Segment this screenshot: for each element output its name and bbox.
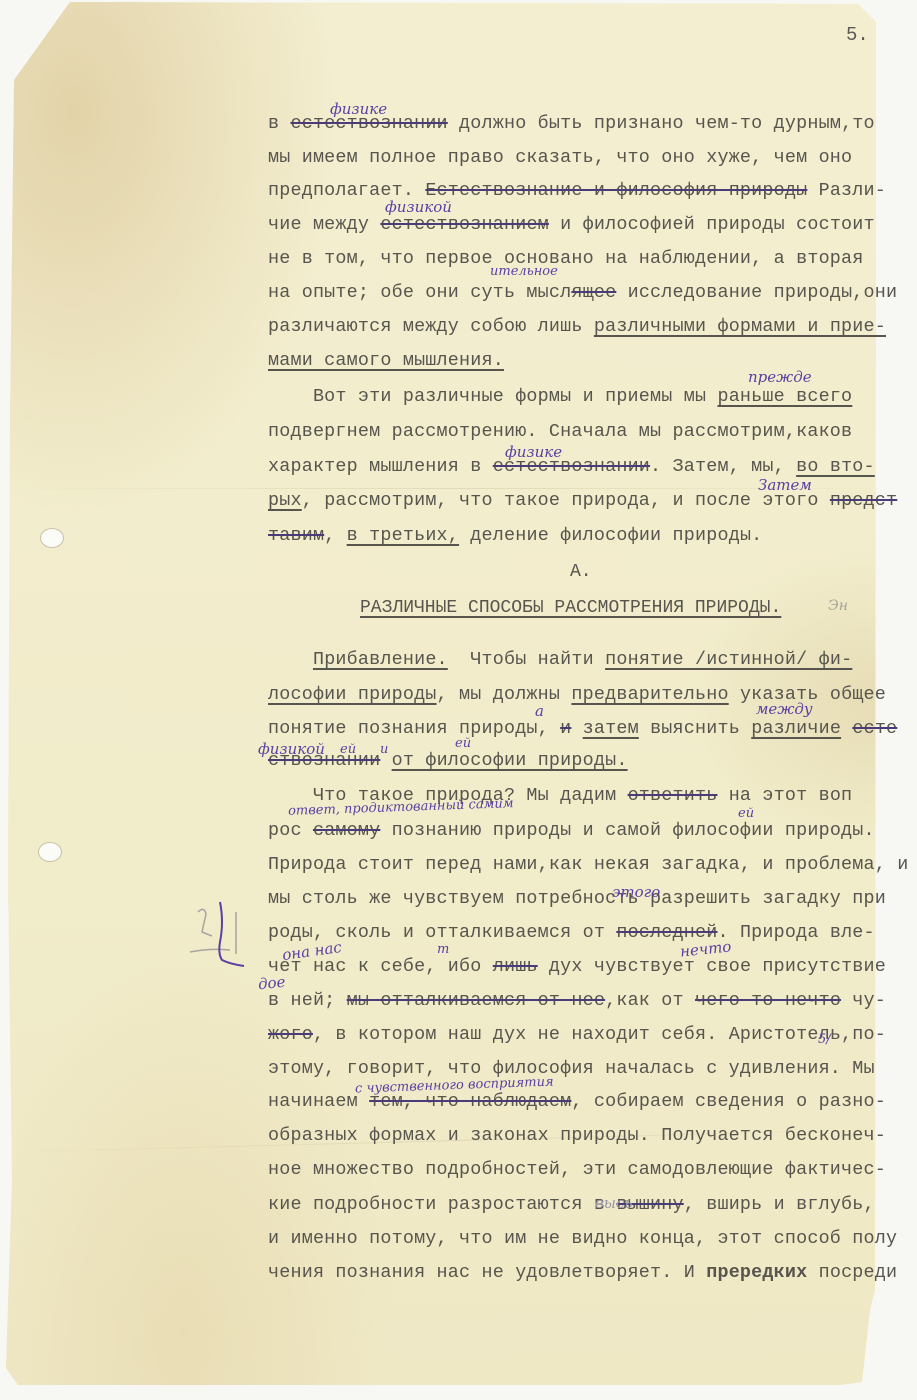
- typed-line: рос самому познанию природы и самой фило…: [268, 820, 875, 841]
- typed-line: на опыте; обе они суть мыслящее исследов…: [268, 282, 897, 303]
- page-number: 5.: [846, 24, 869, 46]
- struck-text: мы отталкиваемся от нее: [347, 990, 605, 1011]
- typed-text: подвергнем рассмотрению. Сначала мы расс…: [268, 421, 852, 442]
- typed-line: чие между естествознанием и философией п…: [268, 214, 875, 235]
- typed-line: тавим, в третьих, деление философии прир…: [268, 525, 762, 546]
- handwritten-annotation: прежде: [748, 368, 812, 386]
- handwritten-annotation: ей: [738, 806, 754, 821]
- typed-text: мы столь же чувствуем потребность разреш…: [268, 888, 886, 909]
- typed-text: различаются между собою лишь: [268, 316, 594, 337]
- typed-text: прередких: [706, 1262, 807, 1283]
- typed-line: этому, говорит, что философия началась с…: [268, 1058, 875, 1079]
- handwritten-annotation: физикой: [258, 740, 325, 758]
- struck-text: Естествознание и философия природы: [425, 180, 807, 201]
- handwritten-annotation: ительное: [490, 264, 558, 279]
- typed-text: . Затем, мы,: [650, 456, 796, 477]
- struck-text: тавим: [268, 525, 324, 546]
- typed-text: и философией природы состоит: [549, 214, 875, 235]
- handwritten-annotation: дое: [257, 973, 286, 994]
- typed-text: рос: [268, 820, 313, 841]
- typed-text: , вширь и вглубь,: [684, 1194, 875, 1215]
- typed-line: Прибавление. Чтобы найти понятие /истинн…: [268, 649, 852, 670]
- typed-line: мами самого мышления.: [268, 350, 504, 371]
- typed-text: на опыте; обе они суть мысл: [268, 282, 571, 303]
- typed-text: ,как от: [605, 990, 695, 1011]
- struck-text: ответить: [628, 785, 718, 806]
- typed-line: жого, в котором наш дух не находит себя.…: [268, 1024, 886, 1045]
- typed-text: этому, говорит, что философия началась с…: [268, 1058, 875, 1079]
- struck-text: жого: [268, 1024, 313, 1045]
- typed-text: Разли-: [807, 180, 886, 201]
- typed-text: [571, 718, 582, 739]
- typed-line: в ней; мы отталкиваемся от нее,как от че…: [268, 990, 886, 1011]
- typed-line: подвергнем рассмотрению. Сначала мы расс…: [268, 421, 852, 442]
- underlined-text: от философии природы.: [392, 750, 628, 771]
- typed-text: . Природа вле-: [717, 922, 874, 943]
- struck-text: и: [560, 718, 571, 739]
- typed-line: понятие познания природы, и затем выясни…: [268, 718, 897, 739]
- typed-text: и именно потому, что им не видно конца, …: [268, 1228, 897, 1249]
- typed-text: посреди: [807, 1262, 897, 1283]
- typed-text: Чтобы найти: [448, 649, 605, 670]
- struck-text: ящее: [571, 282, 616, 303]
- typed-text: познанию природы и самой философии приро…: [380, 820, 874, 841]
- typed-text: начинаем: [268, 1091, 369, 1112]
- typed-text: понятие познания природы,: [268, 718, 560, 739]
- handwritten-annotation: высь: [595, 1194, 633, 1212]
- struck-text: естествознанием: [380, 214, 549, 235]
- typed-text: дух чувствует свое присутствие: [538, 956, 886, 977]
- typed-text: должно быть признано чем-то дурным,то: [448, 113, 875, 134]
- punch-hole: [38, 842, 62, 862]
- typed-text: , в котором наш дух не находит себя. Ари…: [313, 1024, 886, 1045]
- typed-text: [268, 649, 313, 670]
- handwritten-annotation: а: [535, 702, 544, 720]
- typed-text: , мы должны: [437, 684, 572, 705]
- handwritten-annotation: Затем: [758, 476, 812, 494]
- typed-line: чет нас к себе, ибо лишь дух чувствует с…: [268, 956, 886, 977]
- underlined-text: рых: [268, 490, 302, 511]
- typed-text: [841, 718, 852, 739]
- struck-text: предст: [830, 490, 897, 511]
- typed-line: различаются между собою лишь различными …: [268, 316, 886, 337]
- handwritten-annotation: ей: [455, 736, 471, 751]
- typed-text: характер мышления в: [268, 456, 493, 477]
- margin-bracket-icon: [190, 900, 250, 980]
- typed-line: характер мышления в естествознании. Зате…: [268, 456, 875, 477]
- section-letter: А.: [570, 562, 592, 582]
- handwritten-annotation: физикой: [385, 198, 452, 216]
- typed-text: в: [268, 113, 290, 134]
- typed-text: чие между: [268, 214, 380, 235]
- underlined-text: во вто-: [796, 456, 875, 477]
- underlined-text: предварительно: [571, 684, 728, 705]
- typed-text: мы имеем полное право сказать, что оно х…: [268, 147, 852, 168]
- pencil-note: Эн: [828, 598, 848, 614]
- handwritten-annotation: 5/: [818, 1032, 831, 1047]
- typed-text: чения познания нас не удовлетворяет. И: [268, 1262, 706, 1283]
- typed-text: выяснить: [639, 718, 751, 739]
- handwritten-annotation: т: [437, 942, 449, 957]
- handwritten-annotation: между: [756, 700, 813, 718]
- typed-line: чения познания нас не удовлетворяет. И п…: [268, 1262, 897, 1283]
- underlined-text: в третьих,: [347, 525, 459, 546]
- typed-line: и именно потому, что им не видно конца, …: [268, 1228, 897, 1249]
- handwritten-annotation: этого: [612, 883, 660, 901]
- typed-text: на этот воп: [717, 785, 852, 806]
- typed-text: кие подробности разростаются в: [268, 1194, 616, 1215]
- section-title: РАЗЛИЧНЫЕ СПОСОБЫ РАССМОТРЕНИЯ ПРИРОДЫ.: [340, 598, 781, 618]
- typed-text: , собираем сведения о разно-: [571, 1091, 886, 1112]
- underlined-text: Прибавление.: [313, 649, 448, 670]
- typed-text: образных формах и законах природы. Получ…: [268, 1125, 886, 1146]
- handwritten-annotation: физике: [505, 443, 562, 461]
- typed-text: , рассмотрим, что такое природа, и после…: [302, 490, 830, 511]
- typed-text: чу-: [841, 990, 886, 1011]
- typed-text: не в том, что первое основано на наблюде…: [268, 248, 864, 269]
- typed-text: ное множество подробностей, эти самодовл…: [268, 1159, 886, 1180]
- punch-hole: [40, 528, 64, 548]
- typed-line: Вот эти различные формы и приемы мы рань…: [268, 386, 852, 407]
- typed-line: не в том, что первое основано на наблюде…: [268, 248, 864, 269]
- handwritten-annotation: физике: [330, 100, 387, 118]
- struck-text: самому: [313, 820, 380, 841]
- struck-text: есте: [852, 718, 897, 739]
- typed-text: в ней;: [268, 990, 347, 1011]
- typed-text: исследование природы,они: [616, 282, 897, 303]
- typed-line: ное множество подробностей, эти самодовл…: [268, 1159, 886, 1180]
- underlined-text: затем: [583, 718, 639, 739]
- typed-line: образных формах и законах природы. Получ…: [268, 1125, 886, 1146]
- typed-line: роды, сколь и отталкиваемся от последней…: [268, 922, 875, 943]
- struck-text: лишь: [493, 956, 538, 977]
- underlined-text: понятие /истинной/ фи-: [605, 649, 852, 670]
- underlined-text: различными формами и прие-: [594, 316, 886, 337]
- typed-line: мы столь же чувствуем потребность разреш…: [268, 888, 886, 909]
- typed-line: мы имеем полное право сказать, что оно х…: [268, 147, 852, 168]
- underlined-text: различие: [751, 718, 841, 739]
- typed-text: Природа стоит перед нами,как некая загад…: [268, 854, 908, 875]
- struck-text: чего-то нечто: [695, 990, 841, 1011]
- handwritten-annotation: ей: [340, 742, 356, 757]
- typed-text: деление философии природы.: [459, 525, 762, 546]
- underlined-text: раньше всего: [717, 386, 852, 407]
- underlined-text: лософии природы: [268, 684, 437, 705]
- typed-line: Природа стоит перед нами,как некая загад…: [268, 854, 908, 875]
- typed-text: ,: [324, 525, 346, 546]
- typed-line: кие подробности разростаются в вышину, в…: [268, 1194, 875, 1215]
- underlined-text: мами самого мышления.: [268, 350, 504, 371]
- handwritten-annotation: и: [380, 742, 388, 757]
- typed-text: Вот эти различные формы и приемы мы: [268, 386, 717, 407]
- typed-line: предполагает. Естествознание и философия…: [268, 180, 886, 201]
